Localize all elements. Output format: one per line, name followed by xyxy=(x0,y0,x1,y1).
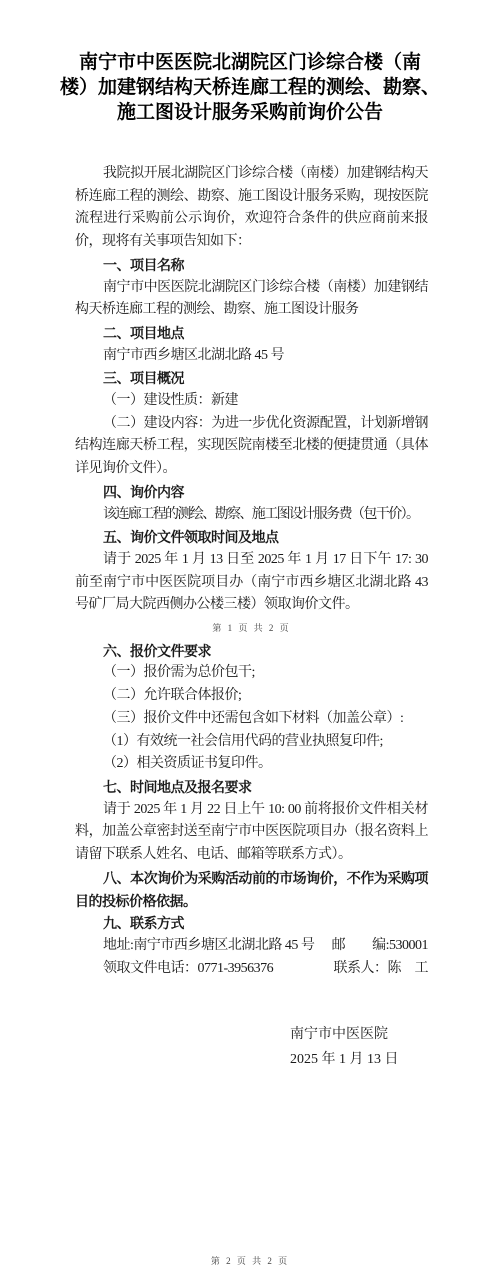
title-line: 南宁市中医医院北湖院区门诊综合楼（南 xyxy=(30,50,470,75)
document-body: 我院拟开展北湖院区门诊综合楼（南楼）加建钢结构天桥连廊工程的测绘、勘察、施工图设… xyxy=(0,163,500,1072)
paragraph: 南宁市中医医院北湖院区门诊综合楼（南楼）加建钢结构天桥连廊工程的测绘、勘察、施工… xyxy=(75,277,428,322)
paragraph: 请于 2025 年 1 月 13 日至 2025 年 1 月 17 日下午 17… xyxy=(75,549,428,617)
signature-block: 南宁市中医医院 2025 年 1 月 13 日 xyxy=(290,1022,428,1072)
contact-person-text: 联系人：陈 工 xyxy=(334,958,429,981)
section-heading-inquiry-content: 四、询价内容 xyxy=(75,481,428,504)
section-heading-submission-requirements: 七、时间地点及报名要求 xyxy=(75,776,428,799)
postcode-text: 邮 编:530001 xyxy=(332,935,428,958)
section-heading-project-name: 一、项目名称 xyxy=(75,254,428,277)
document-title: 南宁市中医医院北湖院区门诊综合楼（南 楼）加建钢结构天桥连廊工程的测绘、勘察、 … xyxy=(30,50,470,125)
title-line: 施工图设计服务采购前询价公告 xyxy=(30,100,470,125)
title-line: 楼）加建钢结构天桥连廊工程的测绘、勘察、 xyxy=(30,75,470,100)
contact-row-phone: 领取文件电话：0771-3956376 联系人：陈 工 xyxy=(75,958,428,981)
document-page: 南宁市中医医院北湖院区门诊综合楼（南 楼）加建钢结构天桥连廊工程的测绘、勘察、 … xyxy=(0,0,500,1281)
paragraph: （二）建设内容：为进一步优化资源配置，计划新增钢结构连廊天桥工程，实现医院南楼至… xyxy=(75,413,428,481)
paragraph: （二）允许联合体报价; xyxy=(75,685,428,708)
section-heading-project-overview: 三、项目概况 xyxy=(75,367,428,390)
section-heading-project-location: 二、项目地点 xyxy=(75,322,428,345)
paragraph: （一）建设性质：新建 xyxy=(75,390,428,413)
section-heading-contact: 九、联系方式 xyxy=(75,912,428,935)
paragraph: 请于 2025 年 1 月 22 日上午 10: 00 前将报价文件相关材料，加… xyxy=(75,799,428,867)
paragraph: （2）相关资质证书复印件。 xyxy=(75,753,428,776)
paragraph: 该连廊工程的测绘、勘察、施工图设计服务费（包干价）。 xyxy=(75,504,428,527)
page-number-footer-1: 第 1 页 共 2 页 xyxy=(75,617,428,640)
paragraph: （一）报价需为总价包干; xyxy=(75,662,428,685)
paragraph: （三）报价文件中还需包含如下材料（加盖公章）: xyxy=(75,708,428,731)
paragraph: （1）有效统一社会信用代码的营业执照复印件; xyxy=(75,731,428,754)
intro-paragraph: 我院拟开展北湖院区门诊综合楼（南楼）加建钢结构天桥连廊工程的测绘、勘察、施工图设… xyxy=(75,163,428,254)
page-number-footer-2: 第 2 页 共 2 页 xyxy=(0,1255,500,1267)
address-text: 地址:南宁市西乡塘区北湖北路 45 号 xyxy=(103,935,314,958)
section-heading-quotation-requirements: 六、报价文件要求 xyxy=(75,640,428,663)
contact-row-address: 地址:南宁市西乡塘区北湖北路 45 号 邮 编:530001 xyxy=(75,935,428,958)
phone-text: 领取文件电话：0771-3956376 xyxy=(103,958,273,981)
signature-date: 2025 年 1 月 13 日 xyxy=(290,1047,428,1072)
section-heading-document-pickup: 五、询价文件领取时间及地点 xyxy=(75,526,428,549)
section-heading-disclaimer: 八、本次询价为采购活动前的市场询价，不作为采购项目的投标价格依据。 xyxy=(75,867,428,912)
paragraph: 南宁市西乡塘区北湖北路 45 号 xyxy=(75,345,428,368)
signature-organization: 南宁市中医医院 xyxy=(290,1022,428,1047)
